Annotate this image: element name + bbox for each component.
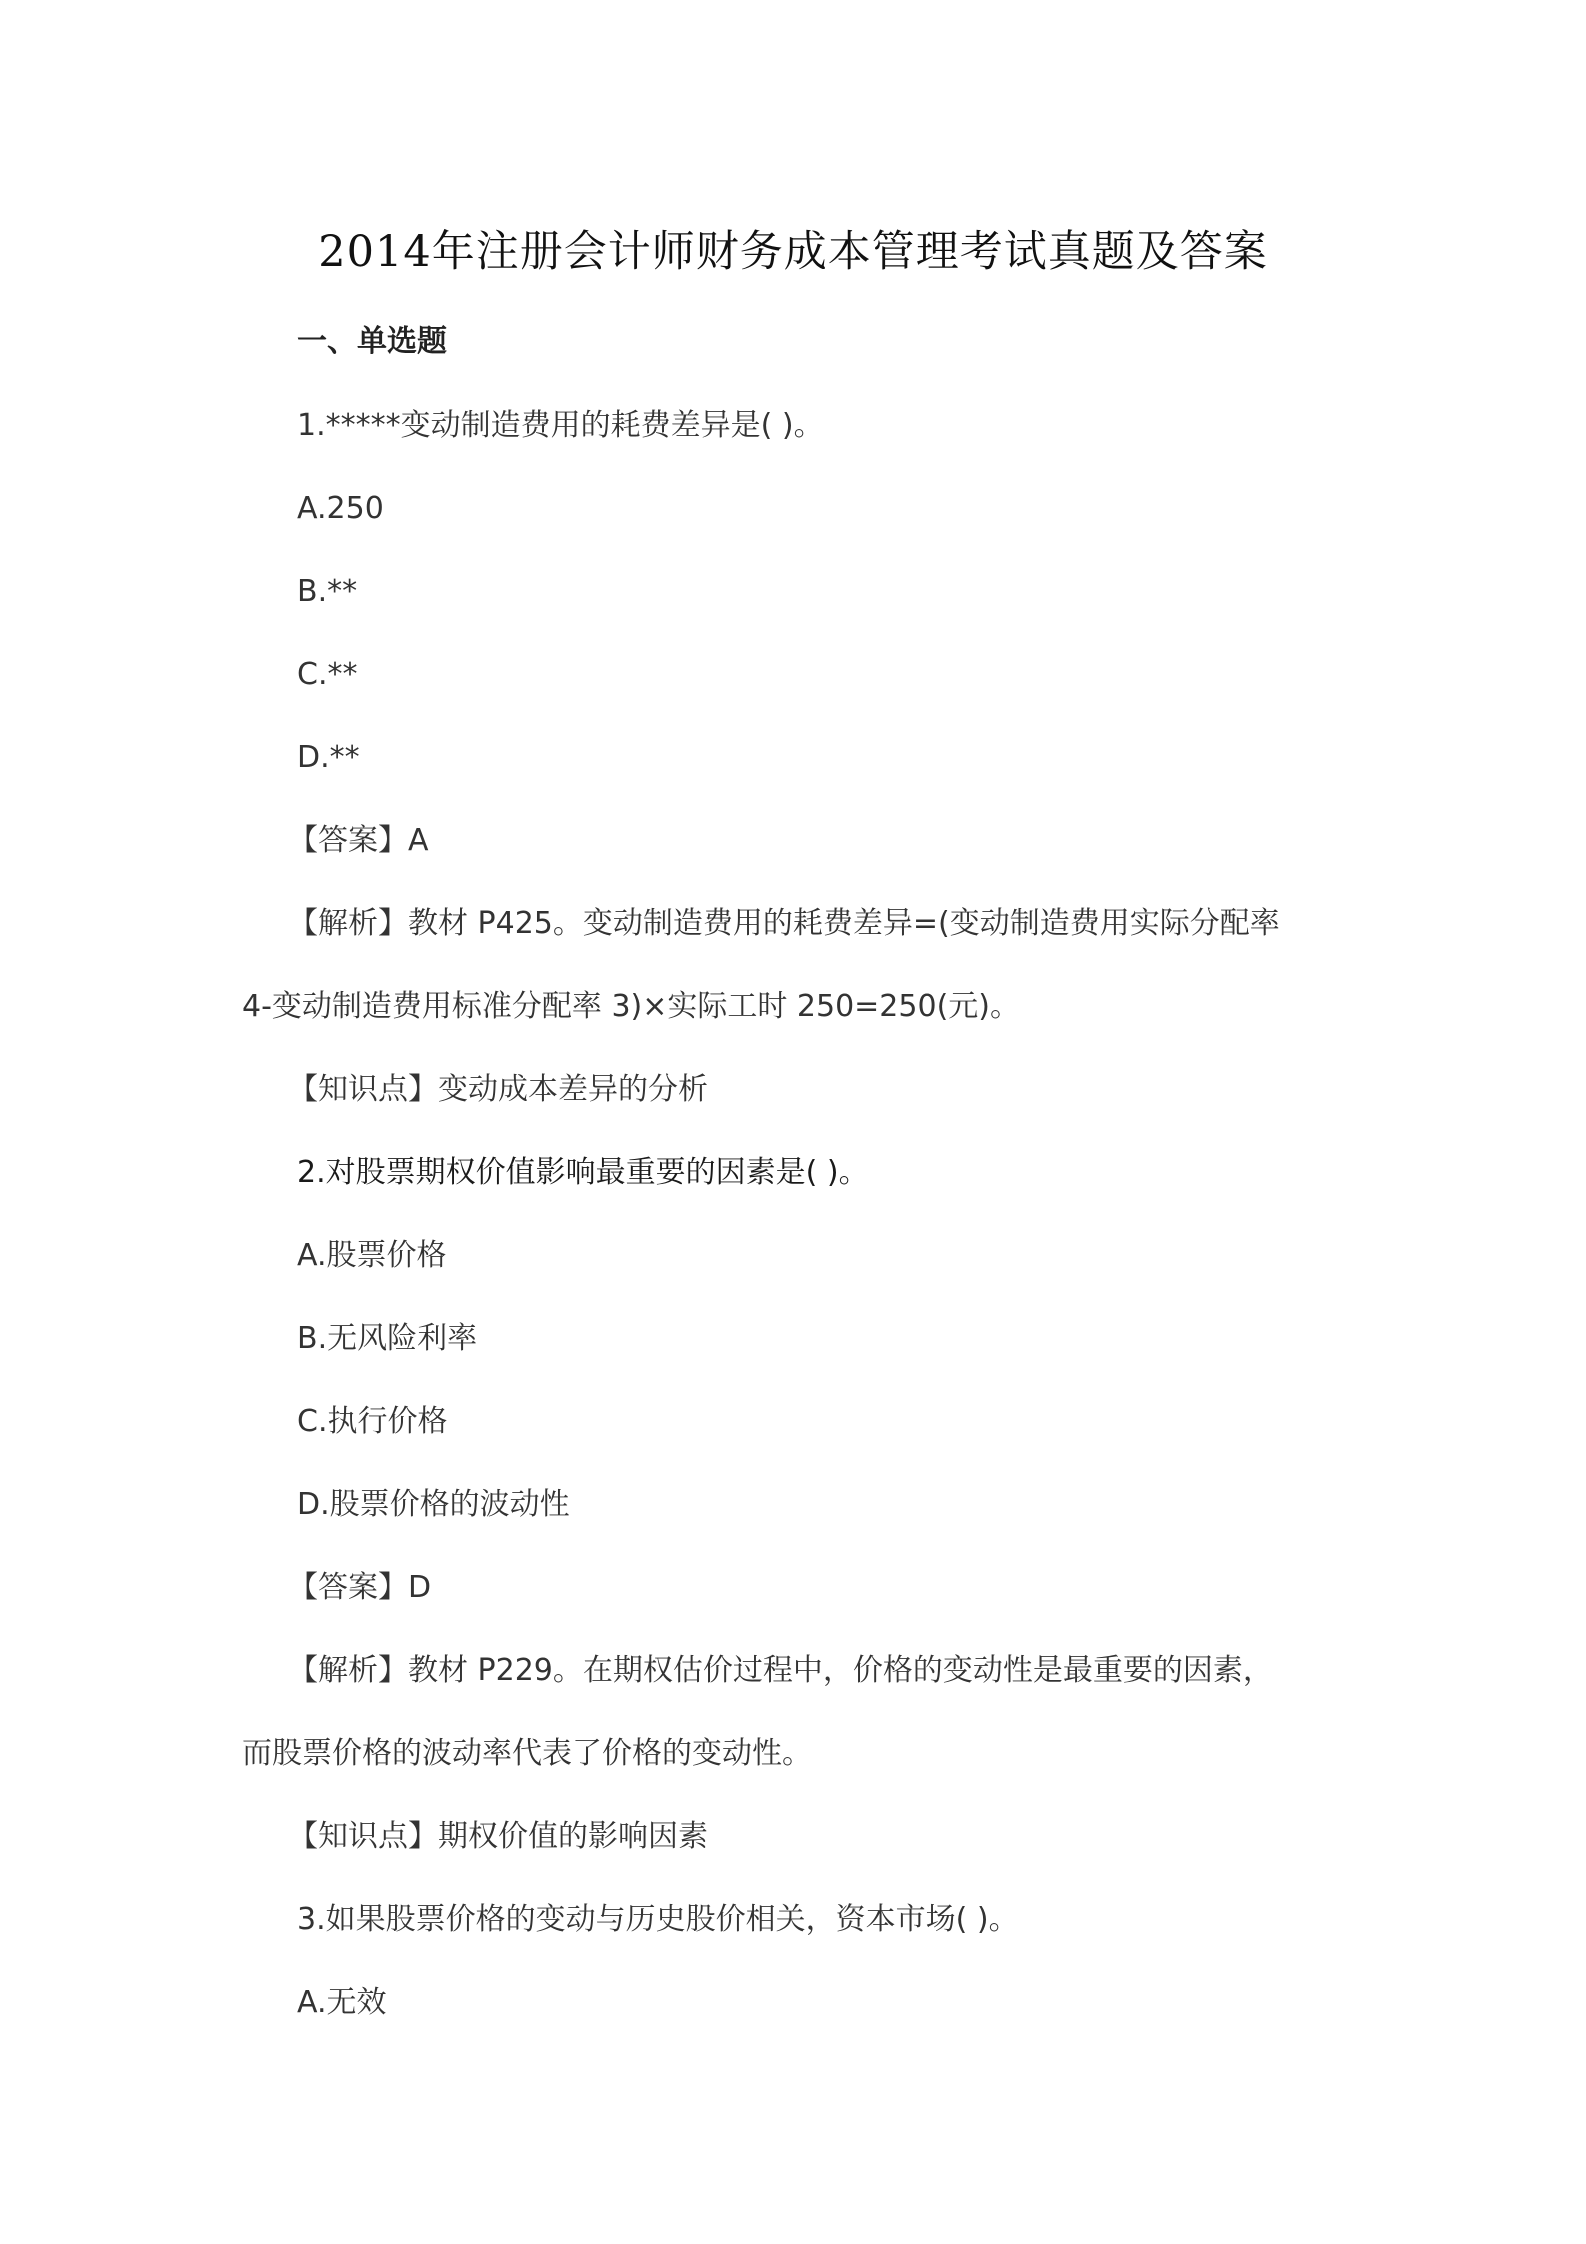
question-1-option-d: D.** [297, 738, 360, 778]
question-1-option-c: C.** [297, 655, 357, 695]
question-2-stem: 2.对股票期权价值影响最重要的因素是( )。 [297, 1153, 869, 1193]
question-2-analysis-continued: 而股票价格的波动率代表了价格的变动性。 [242, 1734, 812, 1774]
question-1-answer: 【答案】A [288, 821, 429, 861]
question-1-analysis-continued: 4-变动制造费用标准分配率 3)×实际工时 250=250(元)。 [242, 987, 1020, 1027]
question-2-option-a: A.股票价格 [297, 1236, 447, 1276]
question-2-option-b: B.无风险利率 [297, 1319, 477, 1359]
question-2-option-d: D.股票价格的波动性 [297, 1485, 570, 1525]
question-2-answer: 【答案】D [288, 1568, 431, 1608]
document-page: 2014年注册会计师财务成本管理考试真题及答案 一、单选题 1.*****变动制… [0, 0, 1586, 2244]
question-2-knowledge-point: 【知识点】期权价值的影响因素 [288, 1817, 708, 1857]
question-2-option-c: C.执行价格 [297, 1402, 447, 1442]
document-title: 2014年注册会计师财务成本管理考试真题及答案 [0, 218, 1586, 279]
question-1-stem: 1.*****变动制造费用的耗费差异是( )。 [297, 406, 824, 446]
question-3-option-a: A.无效 [297, 1983, 387, 2023]
question-1-option-b: B.** [297, 572, 357, 612]
question-1-knowledge-point: 【知识点】变动成本差异的分析 [288, 1070, 708, 1110]
question-3-stem: 3.如果股票价格的变动与历史股价相关，资本市场( )。 [297, 1900, 1019, 1940]
question-2-analysis: 【解析】教材 P229。在期权估价过程中，价格的变动性是最重要的因素， [288, 1651, 1273, 1691]
question-1-option-a: A.250 [297, 489, 384, 529]
question-1-analysis: 【解析】教材 P425。变动制造费用的耗费差异=(变动制造费用实际分配率 [288, 904, 1280, 944]
section-heading: 一、单选题 [297, 322, 447, 362]
